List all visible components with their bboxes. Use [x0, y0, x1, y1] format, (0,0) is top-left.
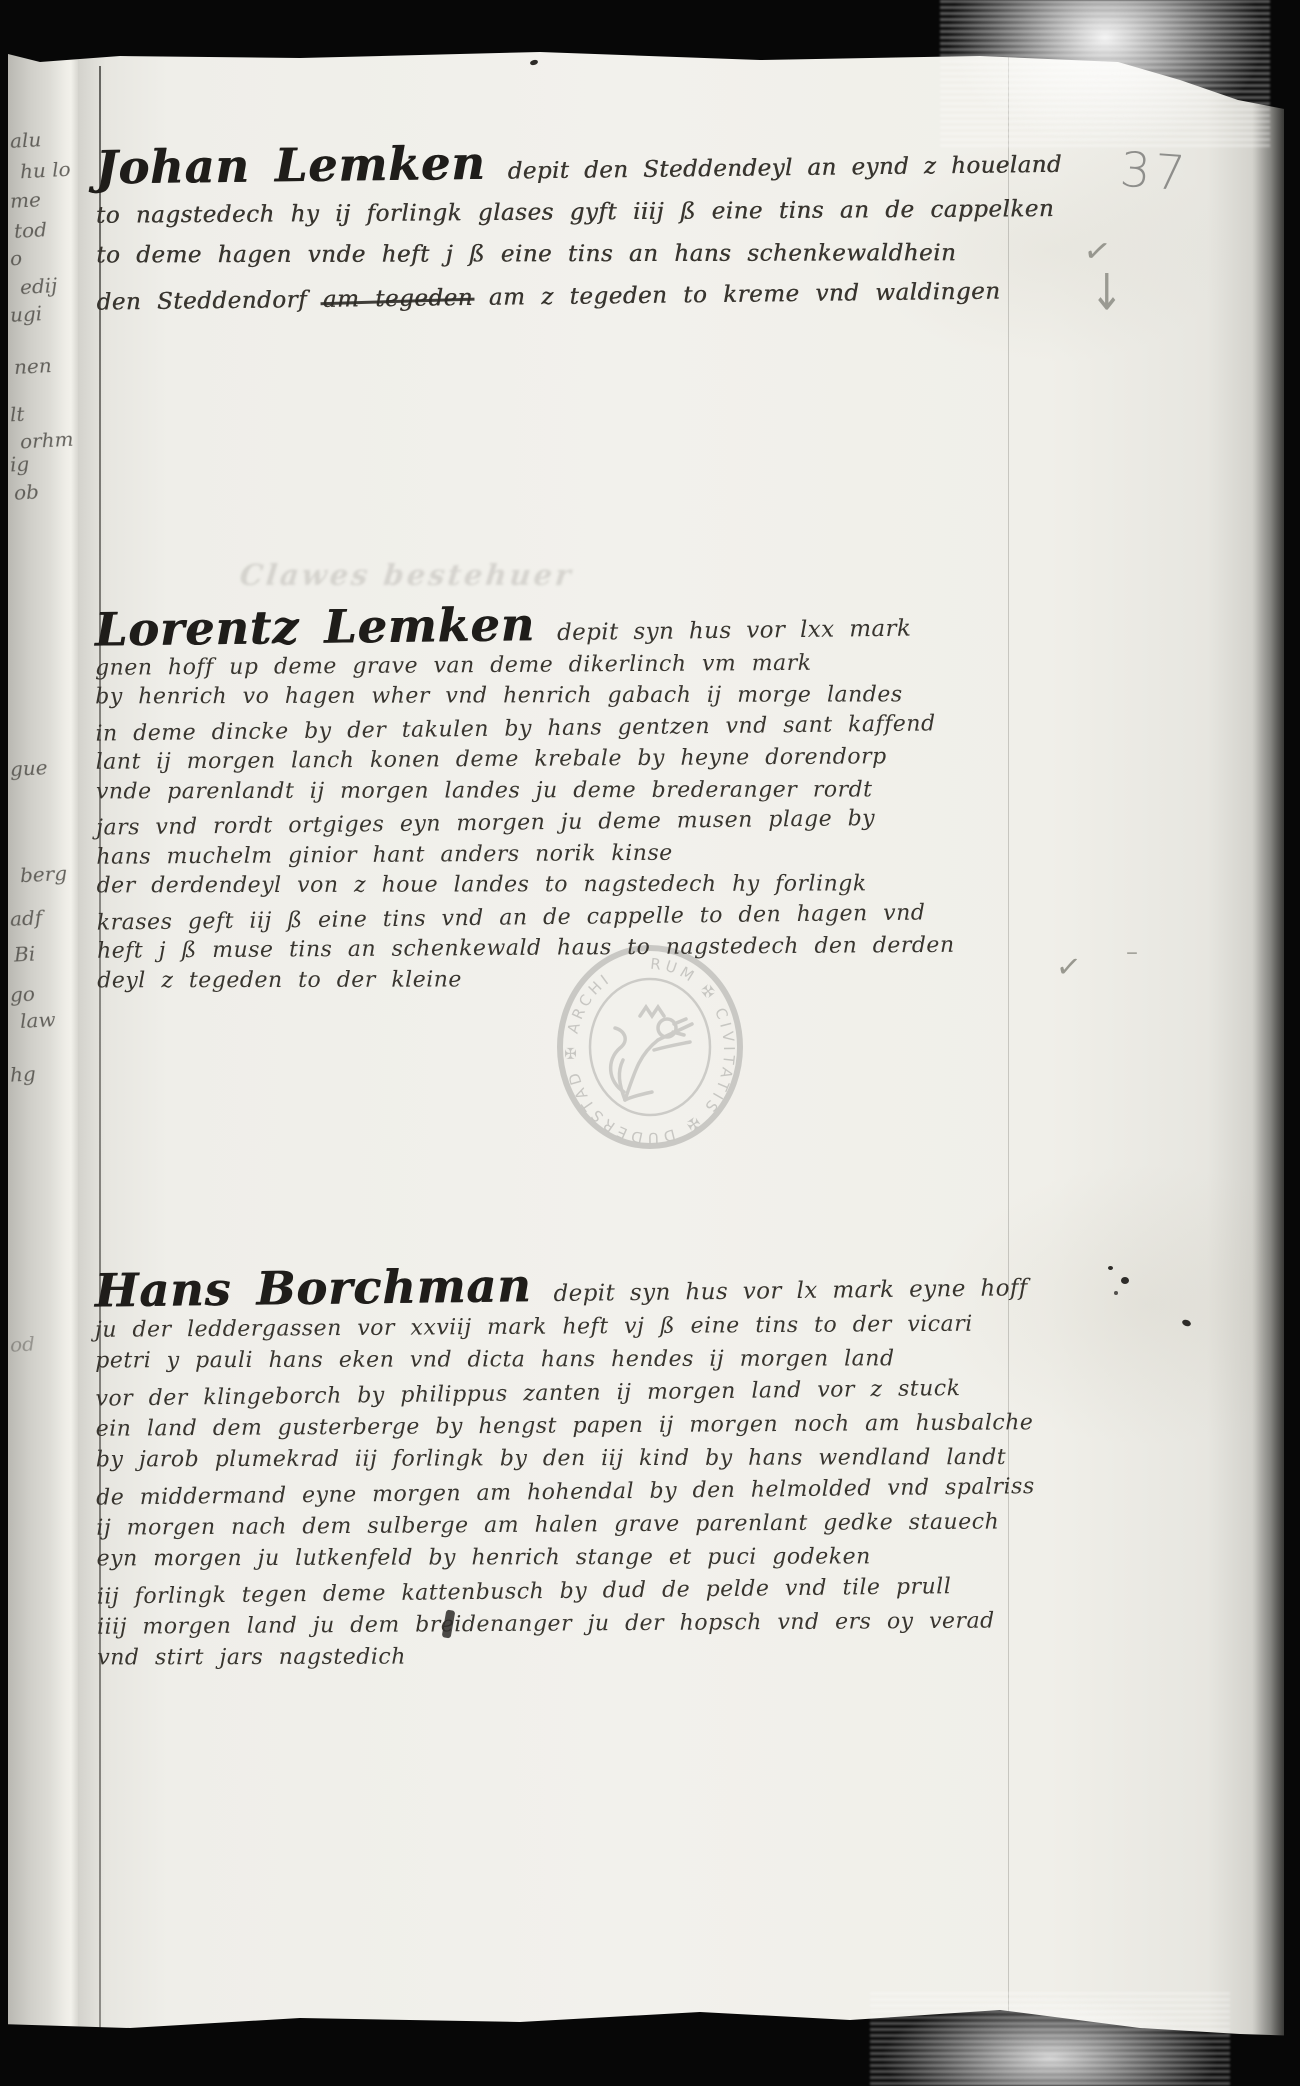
margin-fragment: gue	[9, 755, 48, 781]
margin-fragment: lt	[9, 402, 25, 427]
line-segment: den Steddendorf	[96, 287, 323, 316]
entry-hans-borchman: Hans Borchman depit syn hus vor lx mark …	[95, 1264, 1178, 1677]
ink-speck	[529, 59, 538, 66]
entry-opening-text: depit den Steddendeyl an eynd z houeland	[507, 144, 1062, 193]
manuscript-line: den Steddendorf am tegeden am z tegeden …	[96, 268, 1176, 323]
entry-johan-lemken: Johan Lemken depit den Steddendeyl an ey…	[95, 136, 1176, 321]
ink-speck	[1108, 1266, 1113, 1270]
entry-lorentz-lemken: Lorentz Lemken depit syn hus vor lxx mar…	[95, 604, 1178, 999]
line-segment: am z tegeden to kreme vnd waldingen	[473, 279, 1001, 311]
margin-fragment: od	[9, 1331, 35, 1356]
margin-fragment: ob	[13, 479, 39, 504]
margin-fragment: Bi	[13, 941, 35, 966]
facing-page-edge: alu hu lo me tod o edij ugi nen lt orhm …	[8, 50, 78, 2040]
margin-fragment: hu lo	[19, 157, 71, 184]
ink-speck	[1114, 1291, 1118, 1295]
margin-fragment: alu	[9, 127, 41, 153]
entry-opening-text: depit syn hus vor lx mark eyne hoff	[553, 1272, 1028, 1311]
margin-fragment: ugi	[9, 301, 42, 327]
bleedthrough-text: Clawes bestehuer	[238, 558, 1062, 592]
ink-speck	[1181, 1319, 1192, 1328]
margin-fragment: ig	[9, 452, 29, 477]
entry-heading: Lorentz Lemken	[95, 609, 536, 646]
entry-opening-text: depit syn hus vor lxx mark	[557, 614, 912, 650]
entry-heading: Johan Lemken	[95, 142, 486, 189]
margin-fragment: nen	[13, 353, 52, 379]
margin-fragment: edij	[19, 273, 57, 299]
scan-background: alu hu lo me tod o edij ugi nen lt orhm …	[0, 0, 1300, 2086]
margin-fragment: law	[19, 1007, 56, 1033]
scan-border-right	[1284, 0, 1300, 2086]
struck-text: am tegeden	[323, 285, 473, 313]
page-edge-shadow	[1252, 40, 1286, 2050]
ruled-line	[1008, 52, 1009, 2030]
margin-fragment: o	[9, 246, 22, 271]
scan-border-left	[0, 0, 8, 2086]
margin-fragment: tod	[13, 217, 47, 243]
margin-fragment: adf	[9, 905, 42, 931]
margin-fragment: hg	[9, 1061, 36, 1086]
margin-line	[99, 66, 101, 2028]
margin-fragment: orhm	[19, 427, 74, 454]
rampant-lion-icon	[611, 1007, 692, 1100]
manuscript-line: vnd stirt jars nagstedich	[97, 1639, 1177, 1675]
margin-fragment: go	[9, 981, 35, 1006]
margin-fragment: me	[9, 187, 41, 213]
ink-speck	[1121, 1277, 1129, 1284]
manuscript-line: deyl z tegeden to der kleine	[97, 962, 1177, 996]
entry-heading: Hans Borchman	[95, 1269, 532, 1307]
margin-fragment: berg	[19, 861, 67, 887]
manuscript-page: RUM ✠ CIVITATIS ✠ DUDERSTAD ✠ ARCHI 37 ✓…	[78, 52, 1292, 2040]
